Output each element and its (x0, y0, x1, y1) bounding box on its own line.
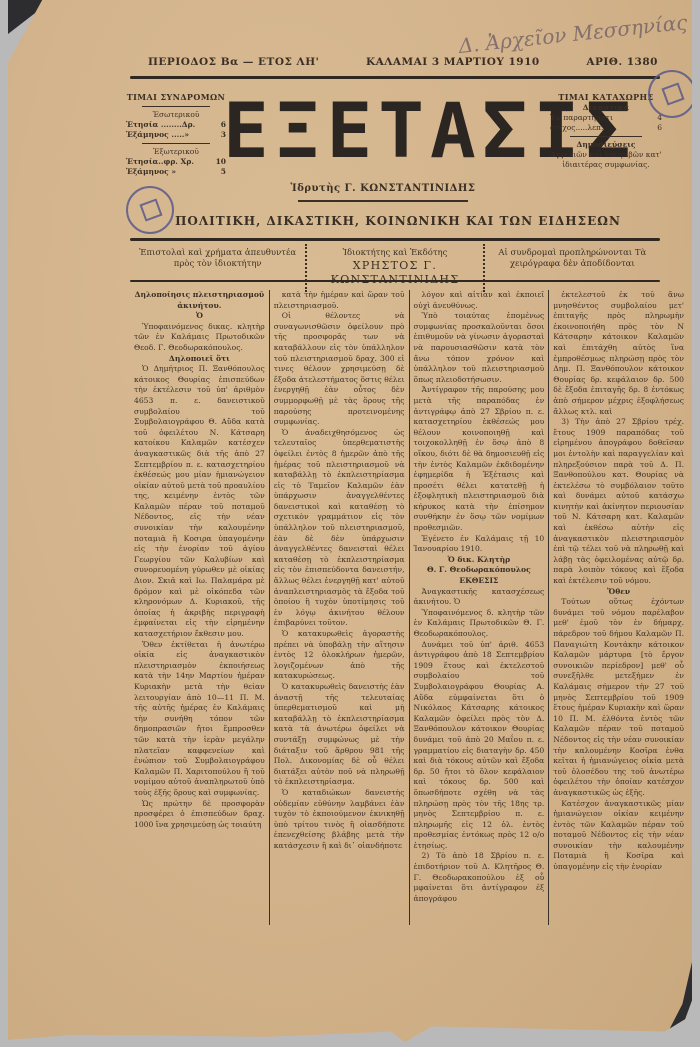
ads-row-value: 6 (657, 123, 662, 133)
subs-domestic-label: Ἐσωτερικοῦ (120, 110, 232, 120)
divider (142, 143, 209, 144)
column-2: κατὰ τὴν ἡμέραν καὶ ὥραν τοῦ πλειστηριασ… (270, 290, 410, 925)
ads-row-label: στίχος.....λεπ. (550, 123, 603, 133)
newspaper-page: Δ. Ἀρχεῖον Μεσσηνίας ΠΕΡΙΟΔΟΣ Βα — ΕΤΟΣ … (8, 0, 692, 1042)
tagline-rule (130, 238, 660, 241)
ads-row-label: Ἐν παραρτήματι (550, 113, 613, 123)
torn-edge (668, 962, 692, 1032)
divider (570, 136, 642, 137)
ads-public-label: Δημοσιεύσεις (546, 140, 666, 150)
divider (142, 106, 209, 107)
subs-row-label: Ἐτησία..φρ. Χρ. (126, 157, 194, 167)
publisher-name: ΧΡΗΣΤΟΣ Γ. ΚΩΝΣΤΑΝΤΙΝΙΔΗΣ (313, 259, 476, 288)
paragraph: Ἀναγκαστικῆς κατασχέσεως ἀκινήτου. Ὁ (414, 587, 545, 608)
paragraph: Οἱ θέλοντες νὰ συναγωνισθῶσιν ὀφείλουν π… (274, 311, 405, 428)
paragraph: Ἀντίγραφον τῆς παρούσης μου μετὰ τῆς παρ… (414, 385, 545, 533)
subs-row-label: Ἑξάμηνος » (126, 167, 176, 177)
article-subhead: ΕΚΘΕΣΙΣ (414, 576, 545, 587)
subs-row-label: Ἐτησία ........Δρ. (126, 120, 195, 130)
paragraph: 2) Τὸ ἀπὸ 18 Σβρίου π. ε. ἐπιδοτήριον το… (414, 851, 545, 904)
paragraph: Δυνάμει τοῦ ὑπ' ἀριθ. 4653 ἀντιγράφου ἀπ… (414, 640, 545, 852)
info-publisher: Ἰδιοκτήτης καὶ Ἐκδότης ΧΡΗΣΤΟΣ Γ. ΚΩΝΣΤΑ… (305, 244, 484, 292)
paragraph: Κατέσχον ἀναγκαστικῶς μίαν ἡμιανώγειον ο… (553, 799, 684, 873)
article-subhead: Ὅθεν (553, 587, 684, 598)
place-date: ΚΑΛΑΜΑΙ 3 ΜΑΡΤΙΟΥ 1910 (366, 56, 540, 68)
top-rule (130, 76, 660, 79)
library-stamp-icon (648, 70, 696, 118)
paragraph: ἐκτελεστοῦ ἐκ τοῦ ἄνω μνησθέντος συμβολα… (553, 290, 684, 417)
paragraph: Ἐγένετο ἐν Καλάμαις τῇ 10 Ἰανουαρίου 191… (414, 534, 545, 555)
article-heading: Δηλοποίησις πλειστηριασμοῦ ἀκινήτου. (134, 290, 265, 311)
ads-row: Ἐν παραρτήματι4 (546, 113, 666, 123)
paragraph: Ὑπὸ τοιαύτας ἐπομένως συμφωνίας προσκαλο… (414, 311, 545, 385)
subs-row: Ἐτησία ........Δρ.6 (120, 120, 232, 130)
ads-judicial-label: Δικαστικά (546, 103, 666, 113)
handwritten-annotation: Δ. Ἀρχεῖον Μεσσηνίας (457, 10, 688, 58)
newspaper-title: ΕΞΕΤΑΣΙΣ (223, 86, 533, 176)
info-bar: Ἐπιστολαὶ καὶ χρήματα ἀπευθυντέα πρὸς τὸ… (130, 244, 660, 292)
paragraph: Ὑποφαινόμενος δ. κλητὴρ τῶν ἐν Καλάμαις … (414, 608, 545, 640)
info-rule (130, 280, 660, 282)
paragraph: Ὁ κατακυρωθεὶς δανειστὴς ἐὰν ἀναστῇ τῆς … (274, 682, 405, 788)
advertising-prices: ΤΙΜΑΙ ΚΑΤΑΧΩΡΗΣ Δικαστικά Ἐν παραρτήματι… (546, 92, 666, 171)
paragraph: Τούτων οὕτως ἐχόντων δυνάμει τοῦ νόμου π… (553, 597, 684, 798)
dateline: ΠΕΡΙΟΔΟΣ Βα — ΕΤΟΣ ΛΗ' ΚΑΛΑΜΑΙ 3 ΜΑΡΤΙΟΥ… (148, 56, 658, 68)
article-columns: Δηλοποίησις πλειστηριασμοῦ ἀκινήτου. Ὁ Ὑ… (130, 290, 688, 925)
period-label: ΠΕΡΙΟΔΟΣ Βα — ΕΤΟΣ ΛΗ' (148, 56, 319, 68)
tagline: ΠΟΛΙΤΙΚΗ, ΔΙΚΑΣΤΙΚΗ, ΚΟΙΝΩΝΙΚΗ ΚΑΙ ΤΩΝ Ε… (138, 214, 658, 228)
founder-line: Ἱδρυτὴς Γ. ΚΩΝΣΤΑΝΤΙΝΙΔΗΣ (248, 183, 518, 194)
paragraph: Ὅθεν ἐκτίθεται ἡ ἀνωτέρω οἰκία εἰς ἀναγκ… (134, 640, 265, 799)
subs-row: Ἐτησία..φρ. Χρ.10 (120, 157, 232, 167)
subs-heading: ΤΙΜΑΙ ΣΥΝΔΡΟΜΩΝ (120, 92, 232, 103)
ads-note: Ἀγγελιῶν καὶ διατριβῶν κατ' ἰδιαιτέρας σ… (546, 150, 666, 170)
signature-title: Ὁ δικ. Κλητὴρ (414, 555, 545, 566)
paragraph: 3) Τὴν ἀπὸ 27 Σβρίου τρέχ. ἔτους 1909 πα… (553, 417, 684, 587)
ads-row: στίχος.....λεπ.6 (546, 123, 666, 133)
issue-number: ΑΡΙΘ. 1380 (586, 56, 658, 68)
founder-rule (298, 200, 468, 202)
paragraph: Ὁ Δημήτριος Π. Ξανθόπουλος κάτοικος Θουρ… (134, 364, 265, 639)
column-4: ἐκτελεστοῦ ἐκ τοῦ ἄνω μνησθέντος συμβολα… (549, 290, 688, 925)
paragraph: Ὡς πρώτην δὲ προσφορὰν προσφέρει ὁ ἐπισπ… (134, 799, 265, 831)
paragraph: κατὰ τὴν ἡμέραν καὶ ὥραν τοῦ πλειστηριασ… (274, 290, 405, 311)
subs-row: Ἑξάμηνος »5 (120, 167, 232, 177)
subs-foreign-label: Ἐξωτερικοῦ (120, 147, 232, 157)
paragraph: Ὑποφαινόμενος δικας. κλητὴρ τῶν ἐν Καλάμ… (134, 322, 265, 354)
paragraph: Ὁ καταδιώκων δανειστὴς οὐδεμίαν εὐθύνην … (274, 788, 405, 852)
info-left: Ἐπιστολαὶ καὶ χρήματα ἀπευθυντέα πρὸς τὸ… (130, 244, 305, 292)
signature-name: Θ. Γ. Θεοδωρακόπουλος (414, 565, 545, 576)
paragraph: Ὁ ἀναδειχθησόμενος ὡς τελευταῖος ὑπερθεμ… (274, 428, 405, 629)
article-subhead: Ὁ (134, 311, 265, 322)
subscription-prices: ΤΙΜΑΙ ΣΥΝΔΡΟΜΩΝ Ἐσωτερικοῦ Ἐτησία ......… (120, 92, 232, 178)
paragraph: Ὁ κατακυρωθεὶς ἀγοραστὴς πρέπει νὰ ὑποβά… (274, 629, 405, 682)
column-1: Δηλοποίησις πλειστηριασμοῦ ἀκινήτου. Ὁ Ὑ… (130, 290, 270, 925)
info-right: Αἱ συνδρομαὶ προπληρώνονται Τὰ χειρόγραφ… (485, 244, 660, 292)
subs-row-label: Ἑξάμηνος .....» (126, 130, 189, 140)
subs-row: Ἑξάμηνος .....»3 (120, 130, 232, 140)
article-subhead: Δηλοποιεῖ ὅτι (134, 354, 265, 365)
column-3: λόγον καὶ αἰτίαν καὶ ἐκποιεῖ οὐχὶ ἀνευθύ… (410, 290, 550, 925)
paragraph: λόγον καὶ αἰτίαν καὶ ἐκποιεῖ οὐχὶ ἀνευθύ… (414, 290, 545, 311)
publisher-label: Ἰδιοκτήτης καὶ Ἐκδότης (313, 248, 476, 259)
